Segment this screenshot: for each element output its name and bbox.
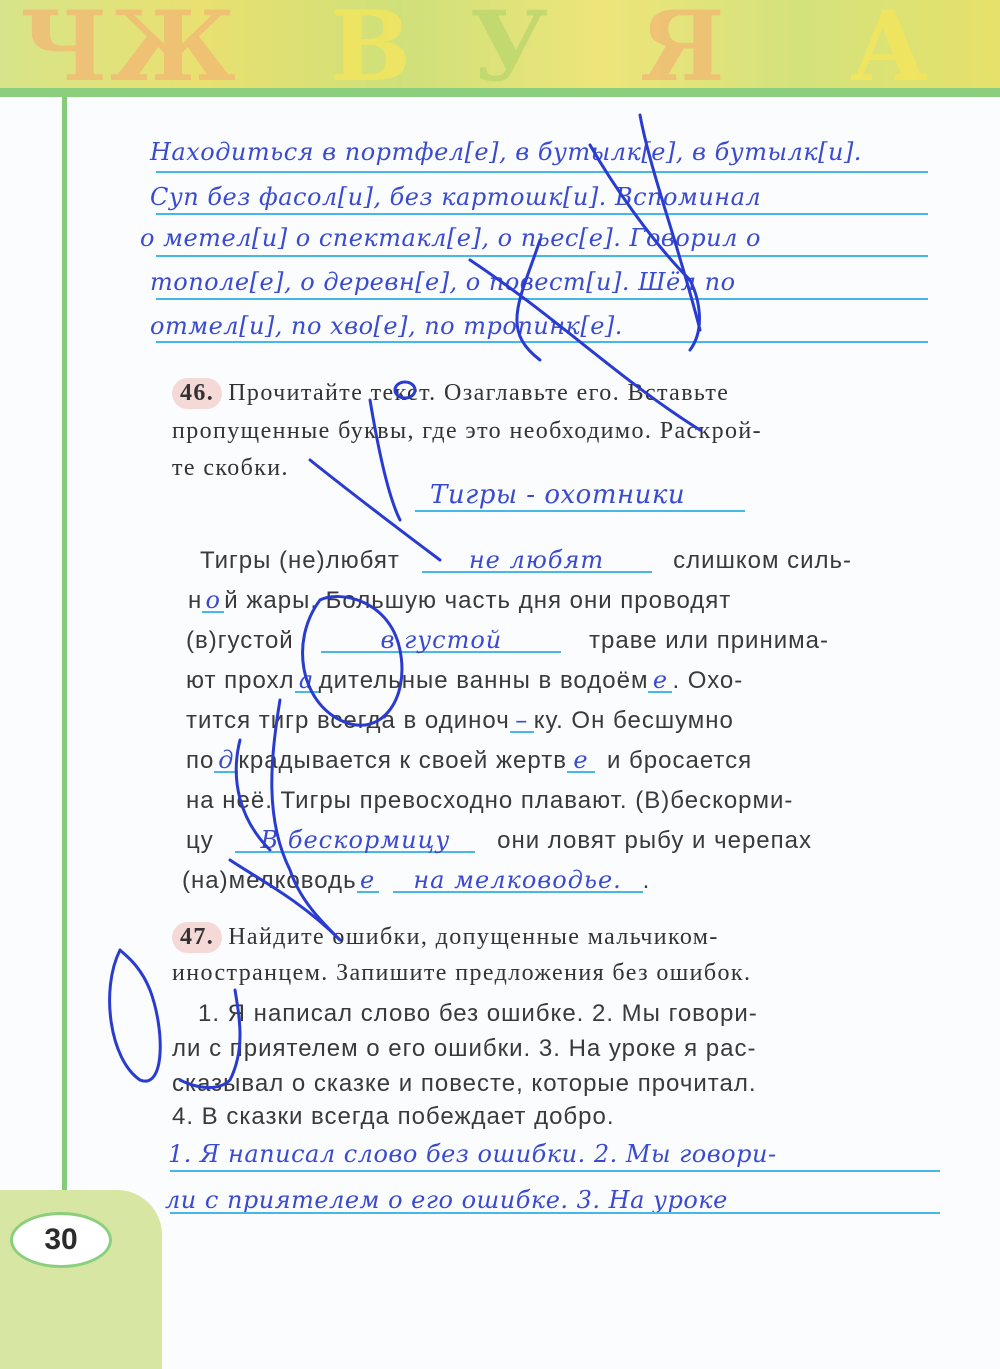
text-fragment: . xyxy=(643,867,651,894)
writing-rule xyxy=(415,510,745,512)
instruction-line: Найдите ошибки, допущенные мальчиком- xyxy=(228,924,719,950)
banner-letter: У xyxy=(470,0,548,88)
decorative-banner: Ч Ж В У Я А xyxy=(0,0,1000,88)
handwritten-line: о метел[и] о спектакл[е], о пьес[е]. Гов… xyxy=(140,224,761,252)
text-line: на неё. Тигры превосходно плавают. (В)бе… xyxy=(186,787,793,815)
letter-field: е xyxy=(357,869,379,893)
text-fragment: . Охо- xyxy=(672,667,743,694)
margin-line xyxy=(62,97,67,1232)
text-line: 1. Я написал слово без ошибке. 2. Мы гов… xyxy=(198,1000,758,1028)
text-fragment: слишком силь- xyxy=(673,547,852,574)
banner-letter: А xyxy=(850,0,928,88)
text-fragment: (на)мелководь xyxy=(182,867,357,894)
exercise-number: 46. xyxy=(172,378,222,409)
text-fragment: н xyxy=(188,587,202,614)
text-line: ют прохладительные ванны в водоёме. Охо- xyxy=(186,667,743,695)
handwritten-line: Суп без фасол[и], без картошк[и]. Вспоми… xyxy=(150,183,761,211)
text-fragment: цу xyxy=(186,827,214,854)
text-fragment: тится тигр всегда в одиноч xyxy=(186,707,510,734)
writing-rule xyxy=(156,171,928,173)
instruction-line: иностранцем. Запишите предложения без ош… xyxy=(172,960,751,987)
handwritten-line: отмел[и], по хво[е], по тропинк[е]. xyxy=(150,312,623,340)
text-fragment: ют прохл xyxy=(186,667,295,694)
handwritten-answer: 1. Я написал слово без ошибки. 2. Мы гов… xyxy=(168,1140,777,1168)
banner-divider xyxy=(0,88,1000,97)
text-fragment: по xyxy=(186,747,214,774)
writing-rule xyxy=(170,1170,940,1172)
text-fragment: дительные ванны в водоём xyxy=(319,667,649,694)
letter-field: – xyxy=(510,709,534,733)
exercise-instruction: 47.Найдите ошибки, допущенные мальчиком- xyxy=(180,922,719,953)
text-fragment: й жары. Большую часть дня они проводят xyxy=(224,587,731,614)
writing-rule xyxy=(156,213,928,215)
text-line: ли с приятелем о его ошибки. 3. На уроке… xyxy=(172,1035,756,1063)
text-fragment: они ловят рыбу и черепах xyxy=(497,827,812,854)
text-line: ной жары. Большую часть дня они проводят xyxy=(188,587,731,615)
letter-field: о xyxy=(202,589,224,613)
letter-field: д xyxy=(214,749,238,773)
answer-field: на мелководье. xyxy=(393,869,643,893)
handwritten-line: тополе[е], о деревн[е], о повест[и]. Шёл… xyxy=(150,268,736,296)
banner-letter: Я xyxy=(640,0,725,88)
text-line: Тигры (не)любят не любят слишком силь- xyxy=(200,547,852,575)
writing-rule xyxy=(156,298,928,300)
letter-field: е xyxy=(567,749,595,773)
text-fragment: и бросается xyxy=(607,747,752,774)
text-fragment: ку. Он бесшумно xyxy=(534,707,734,734)
writing-rule xyxy=(156,341,928,343)
text-fragment: Тигры (не)любят xyxy=(200,547,400,574)
answer-field: в густой xyxy=(321,629,561,653)
instruction-line: те скобки. xyxy=(172,455,289,482)
text-line: цу В бескормицу они ловят рыбу и черепах xyxy=(186,827,812,855)
writing-rule xyxy=(170,1212,940,1214)
title-answer: Тигры - охотники xyxy=(430,480,685,510)
exercise-number: 47. xyxy=(172,922,222,953)
text-fragment: крадывается к своей жертв xyxy=(238,747,567,774)
text-line: тится тигр всегда в одиноч–ку. Он бесшум… xyxy=(186,707,734,735)
answer-field: В бескормицу xyxy=(235,829,475,853)
text-line: 4. В сказки всегда побеждает добро. xyxy=(172,1103,615,1131)
handwritten-answer: ли с приятелем о его ошибке. 3. На уроке xyxy=(165,1186,728,1214)
exercise-instruction: 46.Прочитайте текст. Озаглавьте его. Вст… xyxy=(180,378,729,409)
text-line: (на)мелководьена мелководье.. xyxy=(182,867,650,895)
text-line: сказывал о сказке и повесте, которые про… xyxy=(172,1070,757,1098)
handwritten-line: Находиться в портфел[е], в бутылк[е], в … xyxy=(150,138,862,166)
text-fragment: (в)густой xyxy=(186,627,294,654)
text-line: (в)густой в густой траве или принима- xyxy=(186,627,829,655)
letter-field: е xyxy=(648,669,672,693)
banner-letter: В xyxy=(330,0,411,88)
banner-letter: Ч xyxy=(20,0,108,88)
text-fragment: траве или принима- xyxy=(589,627,829,654)
banner-letter: Ж xyxy=(110,0,236,88)
letter-field: а xyxy=(295,669,319,693)
instruction-line: пропущенные буквы, где это необходимо. Р… xyxy=(172,418,762,445)
instruction-line: Прочитайте текст. Озаглавьте его. Вставь… xyxy=(228,380,729,406)
writing-rule xyxy=(156,255,928,257)
answer-field: не любят xyxy=(422,549,652,573)
text-line: подкрадывается к своей жертвеи бросается xyxy=(186,747,752,775)
page-number: 30 xyxy=(10,1212,112,1268)
